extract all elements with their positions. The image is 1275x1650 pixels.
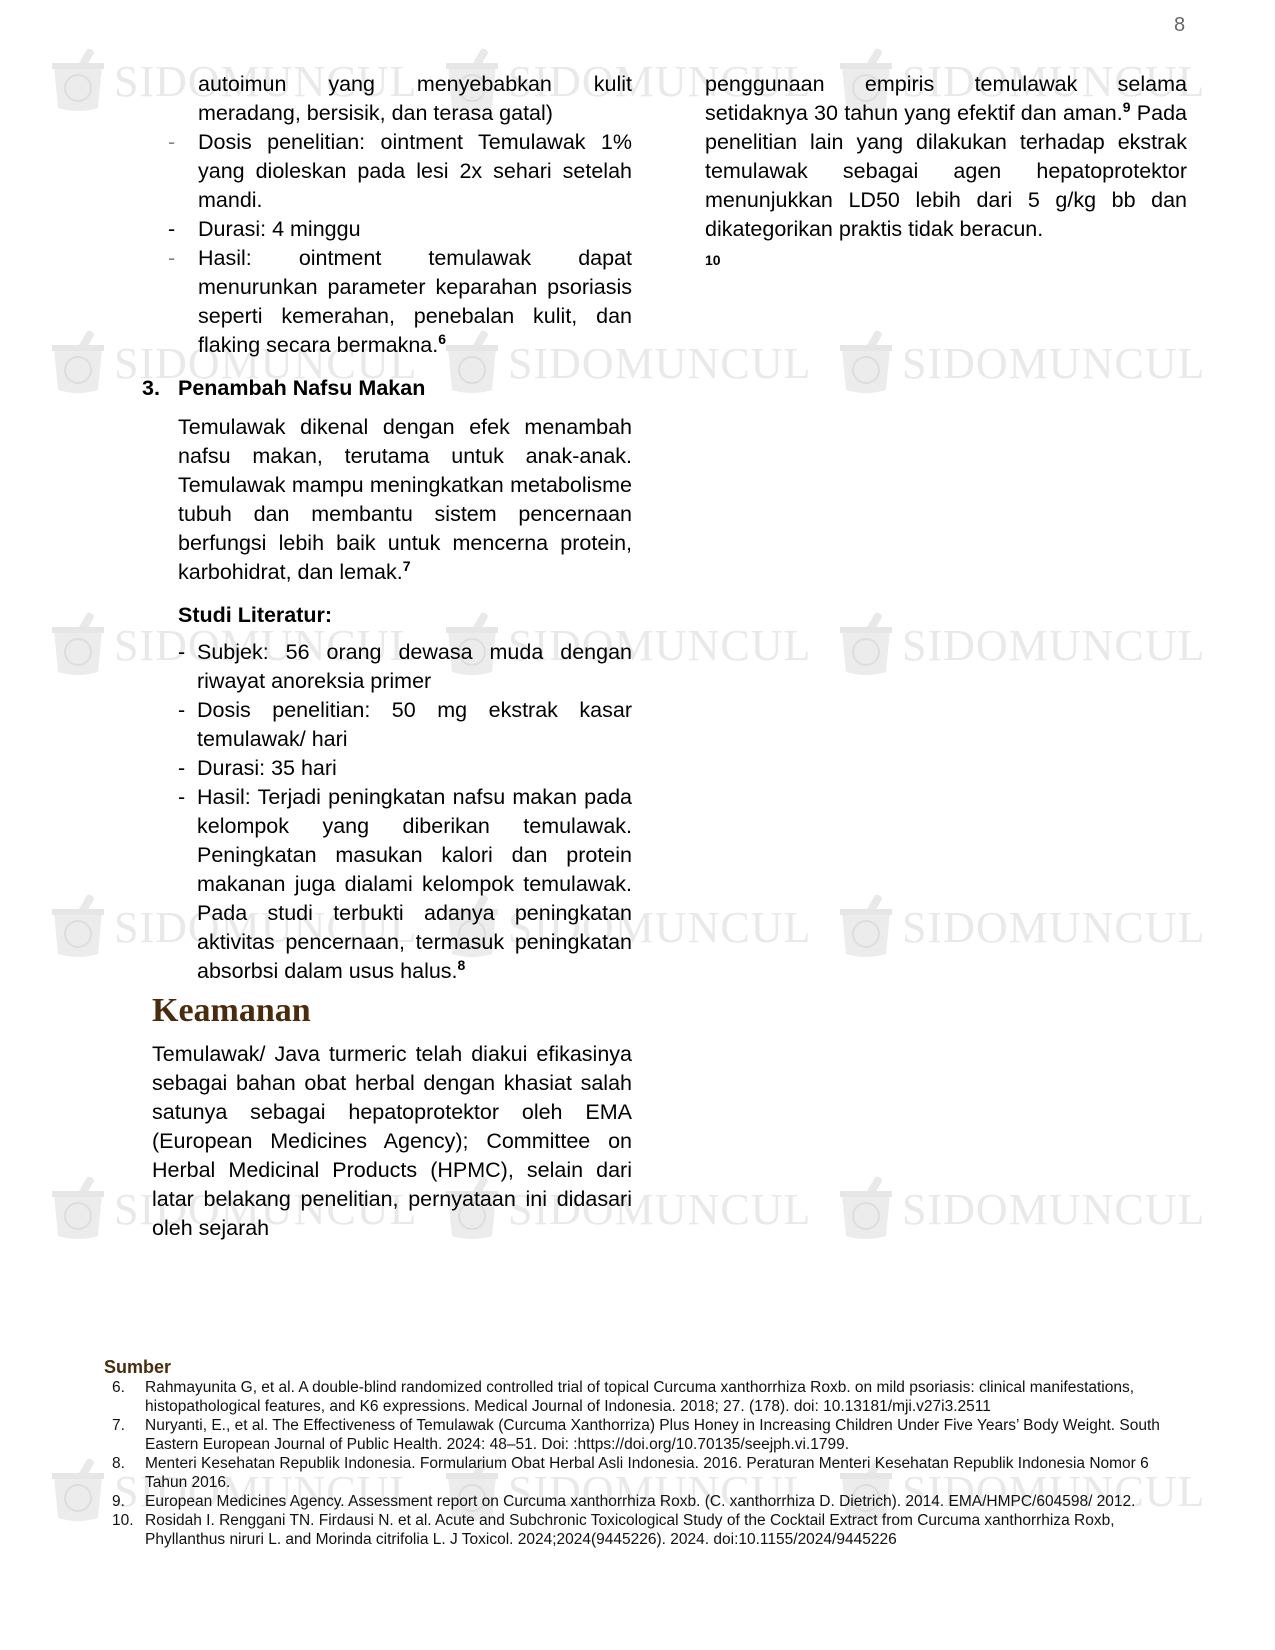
bullet-text: Dosis penelitian: ointment Temulawak 1% … bbox=[198, 128, 632, 215]
bullet-text: autoimun yang menyebabkan kulit meradang… bbox=[198, 70, 632, 128]
reference-text: Menteri Kesehatan Republik Indonesia. Fo… bbox=[145, 1454, 1192, 1492]
reference-text: Rahmayunita G, et al. A double-blind ran… bbox=[145, 1378, 1192, 1416]
bullet-text: Durasi: 35 hari bbox=[197, 754, 632, 783]
mortar-pestle-logo-icon bbox=[52, 330, 104, 396]
bullet-dash: - bbox=[178, 638, 197, 696]
right-column: penggunaan empiris temulawak selama seti… bbox=[705, 70, 1187, 273]
references-list: 6.Rahmayunita G, et al. A double-blind r… bbox=[112, 1378, 1192, 1549]
watermark-text: SIDOMUNCUL bbox=[902, 902, 1205, 953]
list-item: - Hasil: Terjadi peningkatan nafsu makan… bbox=[178, 783, 632, 986]
page-number: 8 bbox=[1174, 14, 1185, 37]
watermark-text: SIDOMUNCUL bbox=[902, 338, 1205, 389]
list-item: - Subjek: 56 orang dewasa muda dengan ri… bbox=[178, 638, 632, 696]
reference-item: 9.European Medicines Agency. Assessment … bbox=[112, 1492, 1192, 1511]
list-item: - Durasi: 35 hari bbox=[178, 754, 632, 783]
reference-number: 10. bbox=[112, 1511, 145, 1549]
reference-number: 7. bbox=[112, 1416, 145, 1454]
psoriasis-study-bullets: autoimun yang menyebabkan kulit meradang… bbox=[142, 70, 632, 360]
bullet-text: Subjek: 56 orang dewasa muda dengan riwa… bbox=[197, 638, 632, 696]
citation-6[interactable]: 6 bbox=[438, 331, 446, 347]
bullet-dash: - bbox=[168, 244, 198, 360]
sources-heading: Sumber bbox=[104, 1357, 171, 1378]
mortar-pestle-logo-icon bbox=[840, 612, 892, 678]
mortar-pestle-logo-icon bbox=[840, 1176, 892, 1242]
section-heading: 3. Penambah Nafsu Makan bbox=[142, 374, 632, 403]
bullet-dash: - bbox=[178, 696, 197, 754]
bullet-text: Dosis penelitian: 50 mg ekstrak kasar te… bbox=[197, 696, 632, 754]
bullet-dash: - bbox=[168, 128, 198, 215]
section-paragraph: Temulawak dikenal dengan efek menambah n… bbox=[142, 413, 632, 587]
bullet-dash: - bbox=[168, 215, 198, 244]
citation-8[interactable]: 8 bbox=[458, 957, 466, 973]
watermark-text: SIDOMUNCUL bbox=[902, 1184, 1205, 1235]
mortar-pestle-logo-icon bbox=[52, 894, 104, 960]
mortar-pestle-logo-icon bbox=[52, 1176, 104, 1242]
watermark: SIDOMUNCUL bbox=[840, 1176, 1205, 1242]
list-item: - Dosis penelitian: ointment Temulawak 1… bbox=[168, 128, 632, 215]
section-title: Penambah Nafsu Makan bbox=[178, 374, 425, 403]
mortar-pestle-logo-icon bbox=[52, 48, 104, 114]
reference-text: Rosidah I. Renggani TN. Firdausi N. et a… bbox=[145, 1511, 1192, 1549]
list-item: - Hasil: ointment temulawak dapat menuru… bbox=[168, 244, 632, 360]
bullet-text: Hasil: ointment temulawak dapat menurunk… bbox=[198, 244, 632, 360]
reference-item: 7.Nuryanti, E., et al. The Effectiveness… bbox=[112, 1416, 1192, 1454]
citation-10[interactable]: 10 bbox=[705, 252, 721, 268]
bullet-dash: - bbox=[178, 783, 197, 986]
section-number: 3. bbox=[142, 374, 178, 403]
list-item: autoimun yang menyebabkan kulit meradang… bbox=[168, 70, 632, 128]
keamanan-paragraph: Temulawak/ Java turmeric telah diakui ef… bbox=[142, 1040, 632, 1243]
studi-literatur-label: Studi Literatur: bbox=[142, 601, 632, 630]
study-bullets: - Subjek: 56 orang dewasa muda dengan ri… bbox=[142, 638, 632, 986]
list-item: - Durasi: 4 minggu bbox=[168, 215, 632, 244]
bullet-dash: - bbox=[178, 754, 197, 783]
reference-text: European Medicines Agency. Assessment re… bbox=[145, 1492, 1192, 1511]
watermark: SIDOMUNCUL bbox=[840, 330, 1205, 396]
reference-item: 8.Menteri Kesehatan Republik Indonesia. … bbox=[112, 1454, 1192, 1492]
reference-text: Nuryanti, E., et al. The Effectiveness o… bbox=[145, 1416, 1192, 1454]
keamanan-heading: Keamanan bbox=[152, 992, 632, 1030]
reference-number: 6. bbox=[112, 1378, 145, 1416]
watermark: SIDOMUNCUL bbox=[840, 894, 1205, 960]
citation-9[interactable]: 9 bbox=[1123, 99, 1131, 115]
watermark: SIDOMUNCUL bbox=[840, 612, 1205, 678]
reference-number: 9. bbox=[112, 1492, 145, 1511]
bullet-text: Hasil: Terjadi peningkatan nafsu makan p… bbox=[197, 783, 632, 986]
left-column: autoimun yang menyebabkan kulit meradang… bbox=[142, 70, 632, 1243]
bullet-text: Durasi: 4 minggu bbox=[198, 215, 632, 244]
list-item: - Dosis penelitian: 50 mg ekstrak kasar … bbox=[178, 696, 632, 754]
mortar-pestle-logo-icon bbox=[840, 894, 892, 960]
reference-number: 8. bbox=[112, 1454, 145, 1492]
watermark-text: SIDOMUNCUL bbox=[902, 620, 1205, 671]
mortar-pestle-logo-icon bbox=[52, 1458, 104, 1524]
mortar-pestle-logo-icon bbox=[52, 612, 104, 678]
paragraph-text: penggunaan empiris temulawak selama seti… bbox=[705, 72, 1187, 125]
mortar-pestle-logo-icon bbox=[840, 330, 892, 396]
reference-item: 6.Rahmayunita G, et al. A double-blind r… bbox=[112, 1378, 1192, 1416]
citation-7[interactable]: 7 bbox=[403, 558, 411, 574]
bullet-dash bbox=[168, 70, 198, 128]
reference-item: 10.Rosidah I. Renggani TN. Firdausi N. e… bbox=[112, 1511, 1192, 1549]
